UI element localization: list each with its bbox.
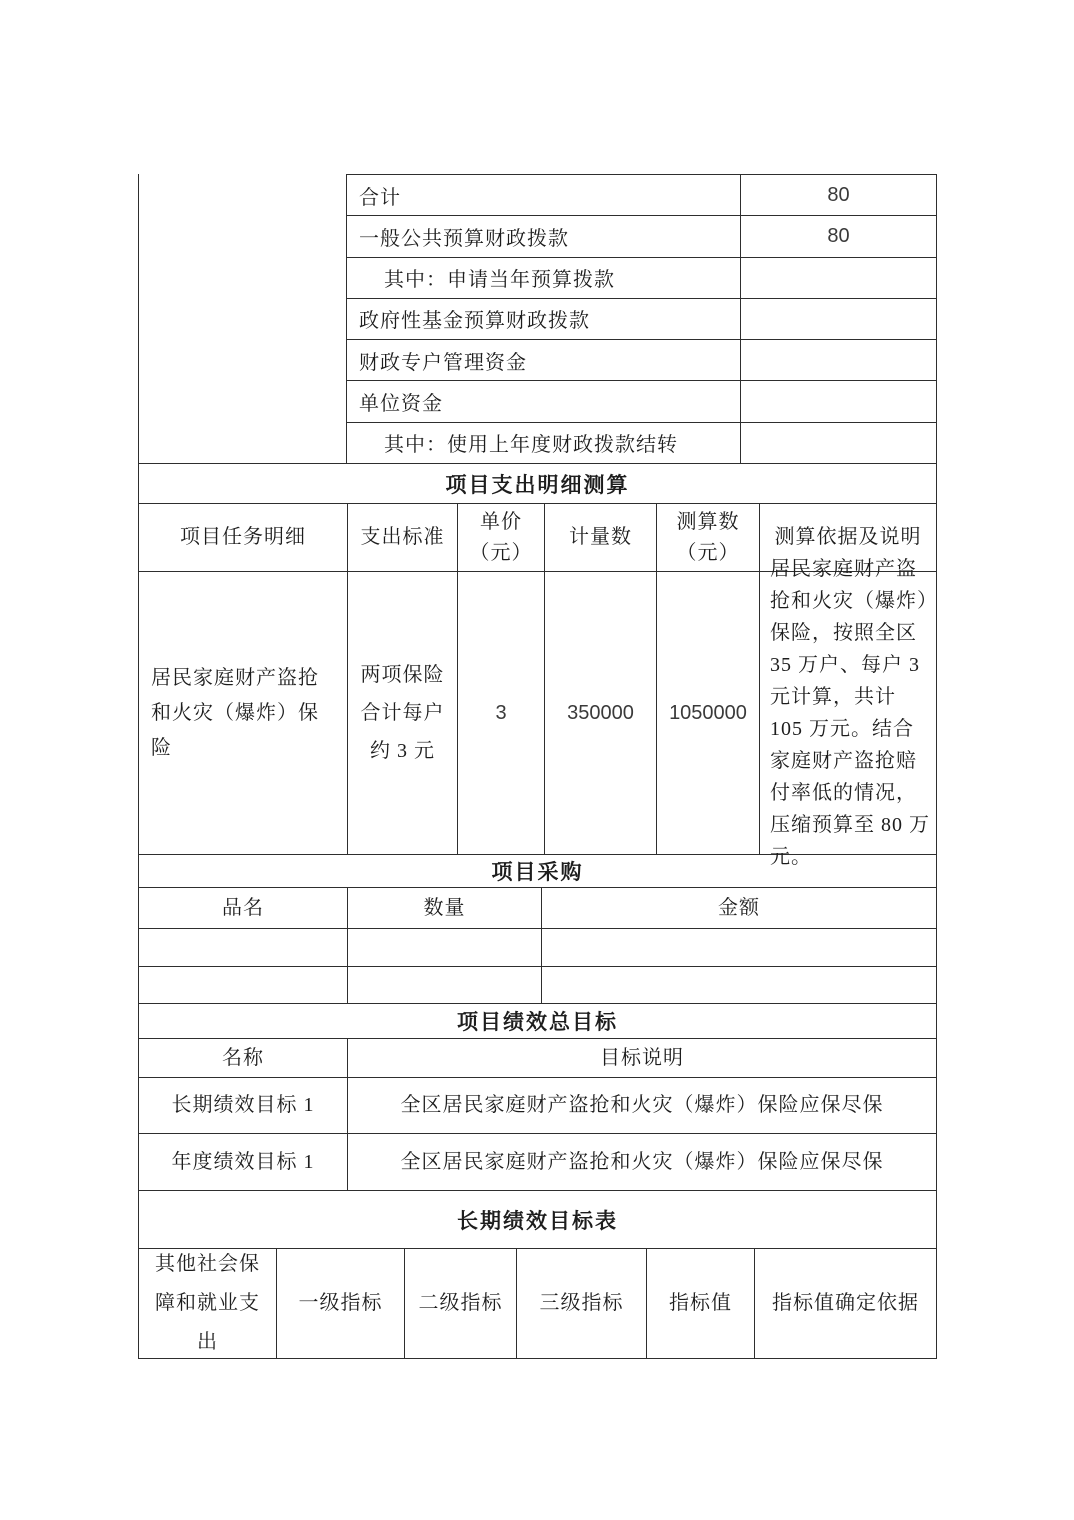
funding-row-unit-funds: 单位资金: [347, 380, 936, 421]
funding-row-general-budget: 一般公共预算财政拨款 80: [347, 215, 936, 256]
cell-unit-price: 3: [457, 572, 544, 854]
col-header-level1-indicator: 一级指标: [276, 1249, 404, 1358]
funding-row-current-year: 其中：申请当年预算拨款: [347, 257, 936, 298]
cell-goal-name: 年度绩效目标 1: [139, 1134, 347, 1190]
performance-section-title: 项目绩效总目标: [139, 1003, 936, 1038]
cell-quantity: [347, 967, 541, 1004]
funding-label: 单位资金: [347, 381, 741, 421]
expenditure-table: 项目任务明细 支出标准 单价 （元） 计量数 测算数 （元） 测算依据及说明 居…: [139, 503, 936, 854]
longterm-header-row: 其他社会保障和就业支出 一级指标 二级指标 三级指标 指标值 指标值确定依据: [139, 1249, 936, 1358]
col-header-indicator-value: 指标值: [646, 1249, 754, 1358]
cell-item-name: [139, 967, 347, 1004]
procurement-table: 品名 数量 金额: [139, 887, 936, 1003]
funding-left-cell: [139, 174, 347, 463]
cell-quantity: [347, 929, 541, 966]
procurement-header-row: 品名 数量 金额: [139, 888, 936, 928]
cell-item-name: [139, 929, 347, 966]
col-header-level2-indicator: 二级指标: [404, 1249, 516, 1358]
cell-amount: [541, 967, 936, 1004]
budget-document-table: 合计 80 一般公共预算财政拨款 80 其中：申请当年预算拨款 政府性基金预算财…: [138, 174, 937, 1359]
col-header-quantity: 计量数: [544, 504, 656, 571]
expenditure-data-row: 居民家庭财产盗抢和火灾（爆炸）保险 两项保险合计每户约 3 元 3 350000…: [139, 571, 936, 854]
col-header-amount: 金额: [541, 888, 936, 928]
funding-value: [741, 381, 936, 421]
cell-goal-desc: 全区居民家庭财产盗抢和火灾（爆炸）保险应保尽保: [347, 1134, 936, 1190]
performance-row-longterm: 长期绩效目标 1 全区居民家庭财产盗抢和火灾（爆炸）保险应保尽保: [139, 1077, 936, 1133]
funding-label: 其中：申请当年预算拨款: [347, 258, 741, 298]
cell-basis: 居民家庭财产盗抢和火灾（爆炸）保险，按照全区 35 万户、每户 3 元计算，共计…: [759, 572, 936, 854]
funding-label: 其中：使用上年度财政拨款结转: [347, 423, 741, 463]
col-header-quantity: 数量: [347, 888, 541, 928]
cell-goal-name: 长期绩效目标 1: [139, 1078, 347, 1133]
funding-value: 80: [741, 216, 936, 256]
funding-value: 80: [741, 175, 936, 215]
funding-section: 合计 80 一般公共预算财政拨款 80 其中：申请当年预算拨款 政府性基金预算财…: [139, 174, 936, 463]
col-header-goal-name: 名称: [139, 1039, 347, 1077]
procurement-empty-row: [139, 928, 936, 966]
col-header-level3-indicator: 三级指标: [516, 1249, 646, 1358]
performance-row-annual: 年度绩效目标 1 全区居民家庭财产盗抢和火灾（爆炸）保险应保尽保: [139, 1133, 936, 1190]
col-header-goal-desc: 目标说明: [347, 1039, 936, 1077]
funding-label: 一般公共预算财政拨款: [347, 216, 741, 256]
cell-estimate: 1050000: [656, 572, 759, 854]
funding-row-gov-fund: 政府性基金预算财政拨款: [347, 298, 936, 339]
col-header-category: 其他社会保障和就业支出: [139, 1249, 276, 1358]
col-header-estimate: 测算数 （元）: [656, 504, 759, 571]
cell-standard: 两项保险合计每户约 3 元: [347, 572, 457, 854]
longterm-section-title: 长期绩效目标表: [139, 1190, 936, 1248]
cell-task: 居民家庭财产盗抢和火灾（爆炸）保险: [139, 572, 347, 854]
cell-quantity: 350000: [544, 572, 656, 854]
performance-header-row: 名称 目标说明: [139, 1039, 936, 1077]
funding-row-total: 合计 80: [347, 175, 936, 215]
procurement-empty-row: [139, 966, 936, 1004]
col-header-standard: 支出标准: [347, 504, 457, 571]
funding-label: 财政专户管理资金: [347, 340, 741, 380]
cell-amount: [541, 929, 936, 966]
col-header-item-name: 品名: [139, 888, 347, 928]
funding-rows: 合计 80 一般公共预算财政拨款 80 其中：申请当年预算拨款 政府性基金预算财…: [347, 174, 936, 463]
longterm-table: 其他社会保障和就业支出 一级指标 二级指标 三级指标 指标值 指标值确定依据: [139, 1248, 936, 1358]
col-header-value-basis: 指标值确定依据: [754, 1249, 936, 1358]
performance-table: 名称 目标说明 长期绩效目标 1 全区居民家庭财产盗抢和火灾（爆炸）保险应保尽保…: [139, 1038, 936, 1190]
col-header-unit-price: 单价 （元）: [457, 504, 544, 571]
funding-label: 政府性基金预算财政拨款: [347, 299, 741, 339]
col-header-task: 项目任务明细: [139, 504, 347, 571]
funding-label: 合计: [347, 175, 741, 215]
funding-value: [741, 423, 936, 463]
funding-row-special-account: 财政专户管理资金: [347, 339, 936, 380]
funding-value: [741, 299, 936, 339]
funding-value: [741, 340, 936, 380]
expenditure-section-title: 项目支出明细测算: [139, 463, 936, 503]
funding-value: [741, 258, 936, 298]
cell-goal-desc: 全区居民家庭财产盗抢和火灾（爆炸）保险应保尽保: [347, 1078, 936, 1133]
funding-row-carryover: 其中：使用上年度财政拨款结转: [347, 422, 936, 463]
